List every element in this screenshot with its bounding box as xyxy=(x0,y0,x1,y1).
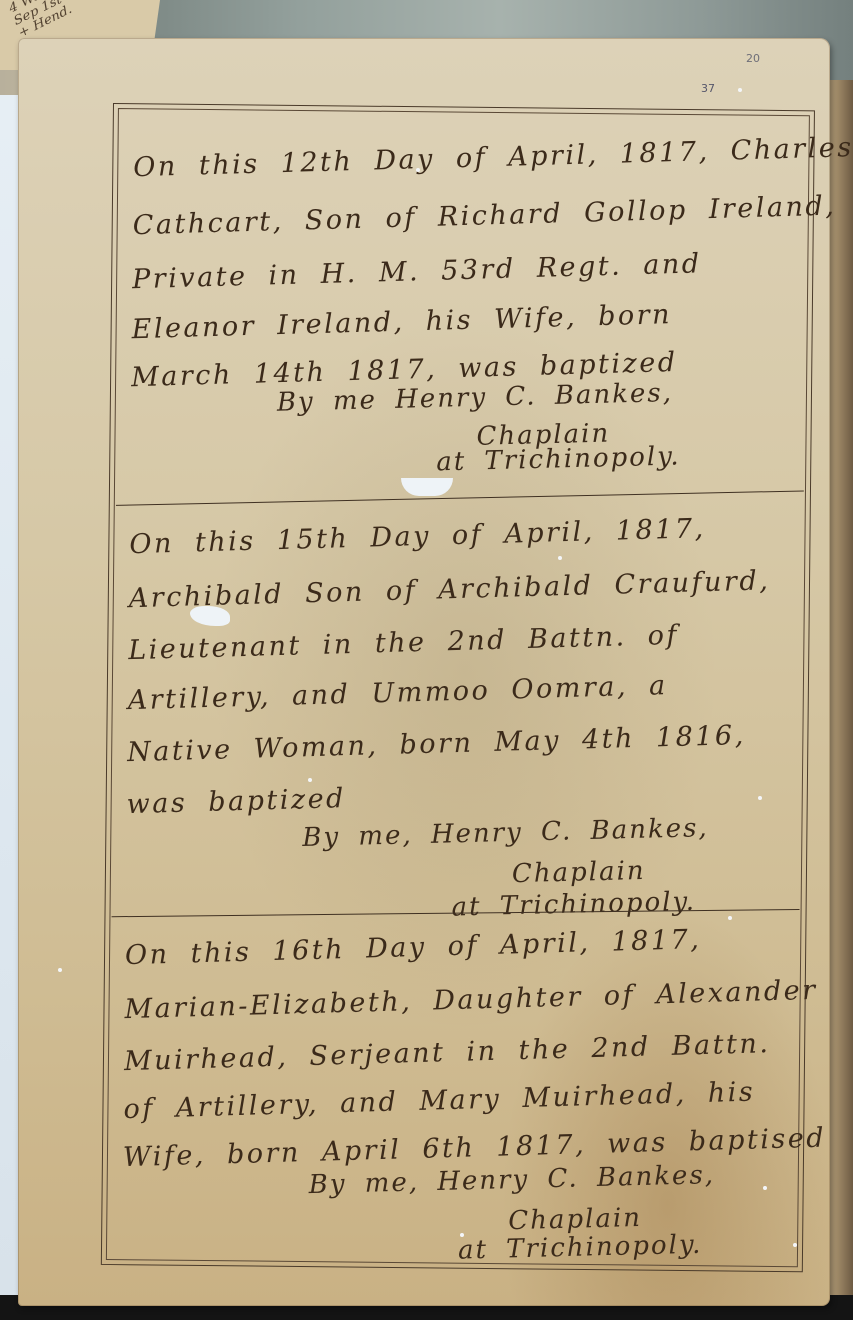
entry-line: Archibald Son of Archibald Craufurd, xyxy=(128,565,770,614)
entry-line: Eleanor Ireland, his Wife, born xyxy=(131,299,672,345)
signature-title: Chaplain xyxy=(512,856,646,889)
pinhole xyxy=(308,778,312,782)
entry-line: Private in H. M. 53rd Regt. and xyxy=(132,248,702,295)
pinhole xyxy=(558,556,562,560)
entry-line: On this 16th Day of April, 1817, xyxy=(125,924,702,971)
signature-by: By me, Henry C. Bankes, xyxy=(302,813,709,853)
entry-line: Muirhead, Serjeant in the 2nd Battn. xyxy=(124,1028,771,1077)
baptism-entry-3: On this 16th Day of April, 1817, Marian-… xyxy=(108,914,800,1261)
entry-line: Lieutenant in the 2nd Battn. of xyxy=(128,620,680,666)
register-page: 20 37 On this 12th Day of April, 1817, C… xyxy=(18,38,830,1306)
signature-place: at Trichinopoly. xyxy=(458,1230,703,1266)
entry-line: Marian-Elizabeth, Daughter of Alexander xyxy=(124,975,818,1025)
pinhole xyxy=(738,88,742,92)
baptism-entry-1: On this 12th Day of April, 1817, Charles… xyxy=(116,104,808,471)
pinhole xyxy=(763,1186,767,1190)
pinhole xyxy=(58,968,62,972)
page-number: 37 xyxy=(701,82,715,95)
signature-place: at Trichinopoly. xyxy=(436,441,681,477)
pinhole xyxy=(728,916,732,920)
entry-line: Cathcart, Son of Richard Gollop Ireland, xyxy=(132,191,836,242)
baptism-entry-2: On this 15th Day of April, 1817, Archiba… xyxy=(112,499,804,876)
previous-page-scribble: 4 Wardr Sep 1st + Hend. xyxy=(7,0,74,41)
pinhole xyxy=(416,168,420,172)
pinhole xyxy=(460,1233,464,1237)
pinhole xyxy=(793,1243,797,1247)
entry-line: was baptized xyxy=(126,783,346,820)
pinhole xyxy=(758,796,762,800)
entry-line: On this 12th Day of April, 1817, Charles… xyxy=(133,132,853,183)
ruled-frame: On this 12th Day of April, 1817, Charles… xyxy=(101,103,815,1272)
entry-line: On this 15th Day of April, 1817, xyxy=(129,513,706,560)
entry-line: Artillery, and Ummoo Oomra, a xyxy=(127,670,668,716)
entry-line: of Artillery, and Mary Muirhead, his xyxy=(123,1077,756,1126)
page-number-pencil-top: 20 xyxy=(746,52,760,65)
entry-line: Native Woman, born May 4th 1816, xyxy=(127,720,746,768)
